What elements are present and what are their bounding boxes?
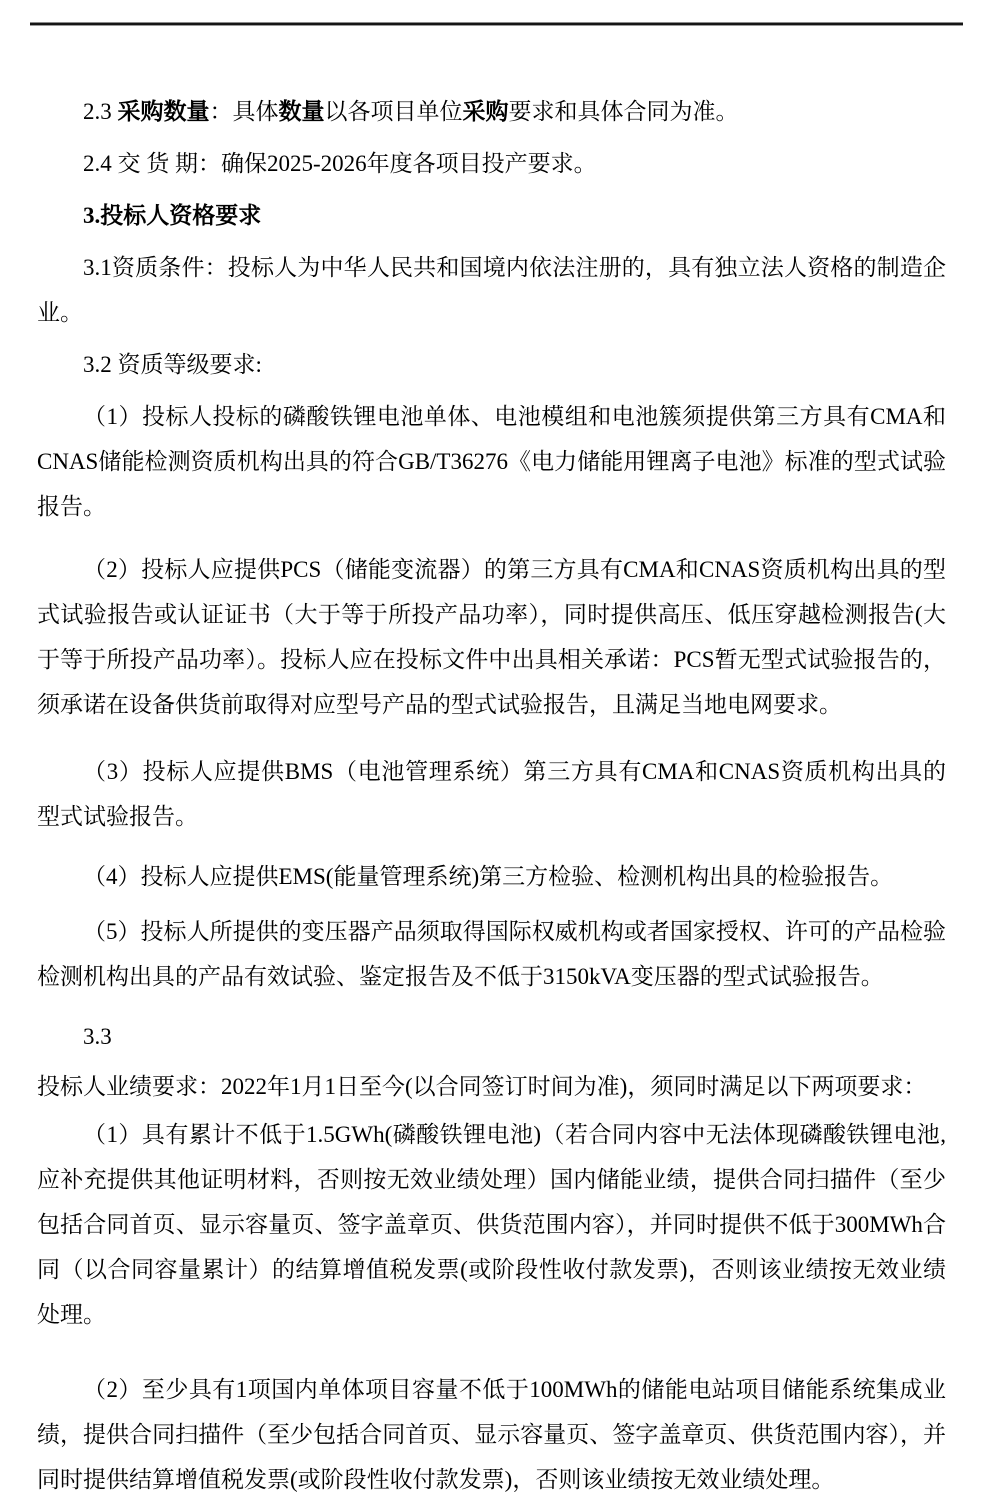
text-segment: （5）投标人所提供的变压器产品须取得国际权威机构或者国家授权、许可的产品检验检测… [37, 919, 946, 989]
para-3-2-item-2-pcs-report: （2）投标人应提供PCS（储能变流器）的第三方具有CMA和CNAS资质机构出具的… [37, 547, 946, 727]
text-segment: 要求和具体合同为准。 [509, 99, 739, 124]
text-segment: （1）投标人投标的磷酸铁锂电池单体、电池模组和电池簇须提供第三方具有CMA和CN… [37, 404, 946, 519]
text-segment: （2）投标人应提供PCS（储能变流器）的第三方具有CMA和CNAS资质机构出具的… [37, 557, 946, 717]
text-segment: 3.3 [83, 1024, 112, 1049]
para-3-3-item-1-cumulative-performance: （1）具有累计不低于1.5GWh(磷酸铁锂电池)（若合同内容中无法体现磷酸铁锂电… [37, 1112, 946, 1337]
para-3-3-item-2-single-project-performance: （2）至少具有1项国内单体项目容量不低于100MWh的储能电站项目储能系统集成业… [37, 1367, 946, 1498]
document-page: 2.3 采购数量：具体数量以各项目单位采购要求和具体合同为准。 2.4 交 货 … [0, 0, 984, 1498]
text-segment: （3）投标人应提供BMS（电池管理系统）第三方具有CMA和CNAS资质机构出具的… [37, 759, 946, 829]
text-segment: 2.4 交 货 期：确保2025-2026年度各项目投产要求。 [83, 151, 597, 176]
text-segment: 2.3 [83, 99, 118, 124]
page-header-rule [30, 22, 963, 26]
text-segment: ：具体 [210, 99, 279, 124]
para-2-4-delivery-period: 2.4 交 货 期：确保2025-2026年度各项目投产要求。 [37, 141, 946, 186]
para-3-2-item-3-bms-report: （3）投标人应提供BMS（电池管理系统）第三方具有CMA和CNAS资质机构出具的… [37, 749, 946, 839]
para-3-2-item-1-battery-test-report: （1）投标人投标的磷酸铁锂电池单体、电池模组和电池簇须提供第三方具有CMA和CN… [37, 394, 946, 529]
text-segment: 3.1资质条件：投标人为中华人民共和国境内依法注册的，具有独立法人资格的制造企业… [37, 255, 946, 325]
text-segment: （4）投标人应提供EMS(能量管理系统)第三方检验、检测机构出具的检验报告。 [83, 864, 893, 889]
bold-text-segment: 采购 [463, 99, 509, 124]
para-3-3-performance-intro: 投标人业绩要求：2022年1月1日至今(以合同签订时间为准)，须同时满足以下两项… [37, 1064, 946, 1109]
document-body: 2.3 采购数量：具体数量以各项目单位采购要求和具体合同为准。 2.4 交 货 … [37, 89, 946, 1498]
heading-3-bidder-qualification: 3.投标人资格要求 [37, 193, 946, 238]
bold-text-segment: 3.投标人资格要求 [83, 203, 261, 228]
text-segment: 3.2 资质等级要求: [83, 352, 262, 377]
para-3-2-qualification-grade: 3.2 资质等级要求: [37, 342, 946, 387]
text-segment: （2）至少具有1项国内单体项目容量不低于100MWh的储能电站项目储能系统集成业… [37, 1377, 946, 1492]
bold-text-segment: 采购数量 [118, 99, 210, 124]
text-segment: 投标人业绩要求：2022年1月1日至今(以合同签订时间为准)，须同时满足以下两项… [37, 1074, 926, 1099]
bold-text-segment: 数量 [279, 99, 325, 124]
para-2-3-procurement-quantity: 2.3 采购数量：具体数量以各项目单位采购要求和具体合同为准。 [37, 89, 946, 134]
para-3-2-item-4-ems-report: （4）投标人应提供EMS(能量管理系统)第三方检验、检测机构出具的检验报告。 [37, 854, 946, 899]
text-segment: （1）具有累计不低于1.5GWh(磷酸铁锂电池)（若合同内容中无法体现磷酸铁锂电… [37, 1122, 946, 1327]
para-3-1-qualification-condition: 3.1资质条件：投标人为中华人民共和国境内依法注册的，具有独立法人资格的制造企业… [37, 245, 946, 335]
text-segment: 以各项目单位 [325, 99, 463, 124]
para-3-2-item-5-transformer-report: （5）投标人所提供的变压器产品须取得国际权威机构或者国家授权、许可的产品检验检测… [37, 909, 946, 999]
para-3-3-number: 3.3 [37, 1014, 946, 1059]
